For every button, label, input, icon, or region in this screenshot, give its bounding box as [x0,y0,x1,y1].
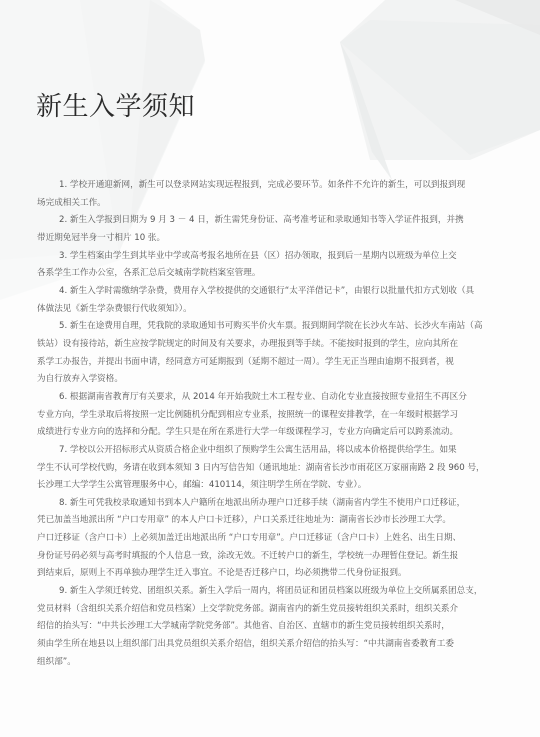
text-line: 专业方向，学生录取后将按照一定比例随机分配到相应专业系，按照统一的课程安排教学，… [37,407,485,425]
text-line: 体做法见《新生学杂费银行代收须知》）。 [37,301,485,319]
text-line: 铁站）设有接待站，新生应按学院规定的时间及有关要求，办理报到等手续。不能按时报到… [37,336,485,354]
text-line: 带近期免冠半身一寸相片 10 张。 [37,230,485,248]
text-line: 7. 学校以公开招标形式从资质合格企业中组织了预购学生公寓生活用品，将以成本价格… [37,442,485,460]
text-line: 3. 学生档案由学生到其毕业中学或高考报名地所在县（区）招办领取，报到后一星期内… [37,248,485,266]
text-line: 组织部”。 [37,654,485,672]
paragraph-6: 6. 根据湖南省教育厅有关要求，从 2014 年开始我院土木工程专业、自动化专业… [37,389,485,442]
text-line: 8. 新生可凭我校录取通知书到本人户籍所在地派出所办理户口迁移手续（湖南省内学生… [37,495,485,513]
paragraph-4: 4. 新生入学时需缴纳学杂费，费用存入学校提供的交通银行“太平洋借记卡”，由银行… [37,283,485,318]
paragraph-7: 7. 学校以公开招标形式从资质合格企业中组织了预购学生公寓生活用品，将以成本价格… [37,442,485,495]
text-line: 凭已加盖当地派出所 “户口专用章” 的本人户口卡迁移），户口关系迁往地址为：湖南… [37,512,485,530]
text-line: 成绩进行专业方向的选择和分配。学生只是在所在系进行大学一年级课程学习，专业方向确… [37,424,485,442]
text-line: 1. 学校开通迎新网，新生可以登录网站实现远程报到，完成必要环节。如条件不允许的… [37,177,485,195]
paragraph-2: 2. 新生入学报到日期为 9 月 3 － 4 日，新生需凭身份证、高考准考证和录… [37,212,485,247]
text-line: 2. 新生入学报到日期为 9 月 3 － 4 日，新生需凭身份证、高考准考证和录… [37,212,485,230]
text-line: 4. 新生入学时需缴纳学杂费，费用存入学校提供的交通银行“太平洋借记卡”，由银行… [37,283,485,301]
text-line: 学生不认可学校代购，务请在收到本须知 3 日内写信告知（通讯地址：湖南省长沙市雨… [37,460,485,478]
paragraph-1: 1. 学校开通迎新网，新生可以登录网站实现远程报到，完成必要环节。如条件不允许的… [37,177,485,212]
text-line: 户口迁移证（含户口卡）上必须加盖迁出地派出所 “户口专用章”。户口迁移证（含户口… [37,530,485,548]
paragraph-5: 5. 新生在途费用自理，凭我院的录取通知书可购买半价火车票。报到期间学院在长沙火… [37,318,485,389]
text-line: 绍信的抬头写：“中共长沙理工大学城南学院党务部”。其他省、自治区、直辖市的新生党… [37,618,485,636]
text-line: 党员材料（含组织关系介绍信和党员档案）上交学院党务部。湖南省内的新生党员接转组织… [37,601,485,619]
notice-body: 1. 学校开通迎新网，新生可以登录网站实现远程报到，完成必要环节。如条件不允许的… [37,177,485,671]
text-line: 6. 根据湖南省教育厅有关要求，从 2014 年开始我院土木工程专业、自动化专业… [37,389,485,407]
text-line: 5. 新生在途费用自理，凭我院的录取通知书可购买半价火车票。报到期间学院在长沙火… [37,318,485,336]
text-line: 场完成相关工作。 [37,195,485,213]
page-title: 新生入学须知 [36,90,195,124]
text-line: 为自行放弃入学资格。 [37,371,485,389]
text-line: 身份证号码必须与高考时填报的个人信息一致，涂改无效。不迁转户口的新生，学校统一办… [37,548,485,566]
text-line: 9. 新生入学须迁转党、团组织关系。新生入学后一周内，将团员证和团员档案以班级为… [37,583,485,601]
text-line: 到结束后，原则上不再单独办理学生迁入事宜。不论是否迁移户口，均必须携带二代身份证… [37,565,485,583]
text-line: 各系学生工作办公室，各系汇总后交城南学院档案室管理。 [37,265,485,283]
text-line: 长沙理工大学学生公寓管理服务中心，邮编：410114，须注明学生所在学院、专业）… [37,477,485,495]
text-line: 系学工办报告，并提出书面申请，经同意方可延期报到（延期不超过一周）。学生无正当理… [37,354,485,372]
paragraph-8: 8. 新生可凭我校录取通知书到本人户籍所在地派出所办理户口迁移手续（湖南省内学生… [37,495,485,583]
paragraph-9: 9. 新生入学须迁转党、团组织关系。新生入学后一周内，将团员证和团员档案以班级为… [37,583,485,671]
text-line: 须由学生所在地县以上组织部门出具党员组织关系介绍信，组织关系介绍信的抬头写：“中… [37,636,485,654]
paragraph-3: 3. 学生档案由学生到其毕业中学或高考报名地所在县（区）招办领取，报到后一星期内… [37,248,485,283]
